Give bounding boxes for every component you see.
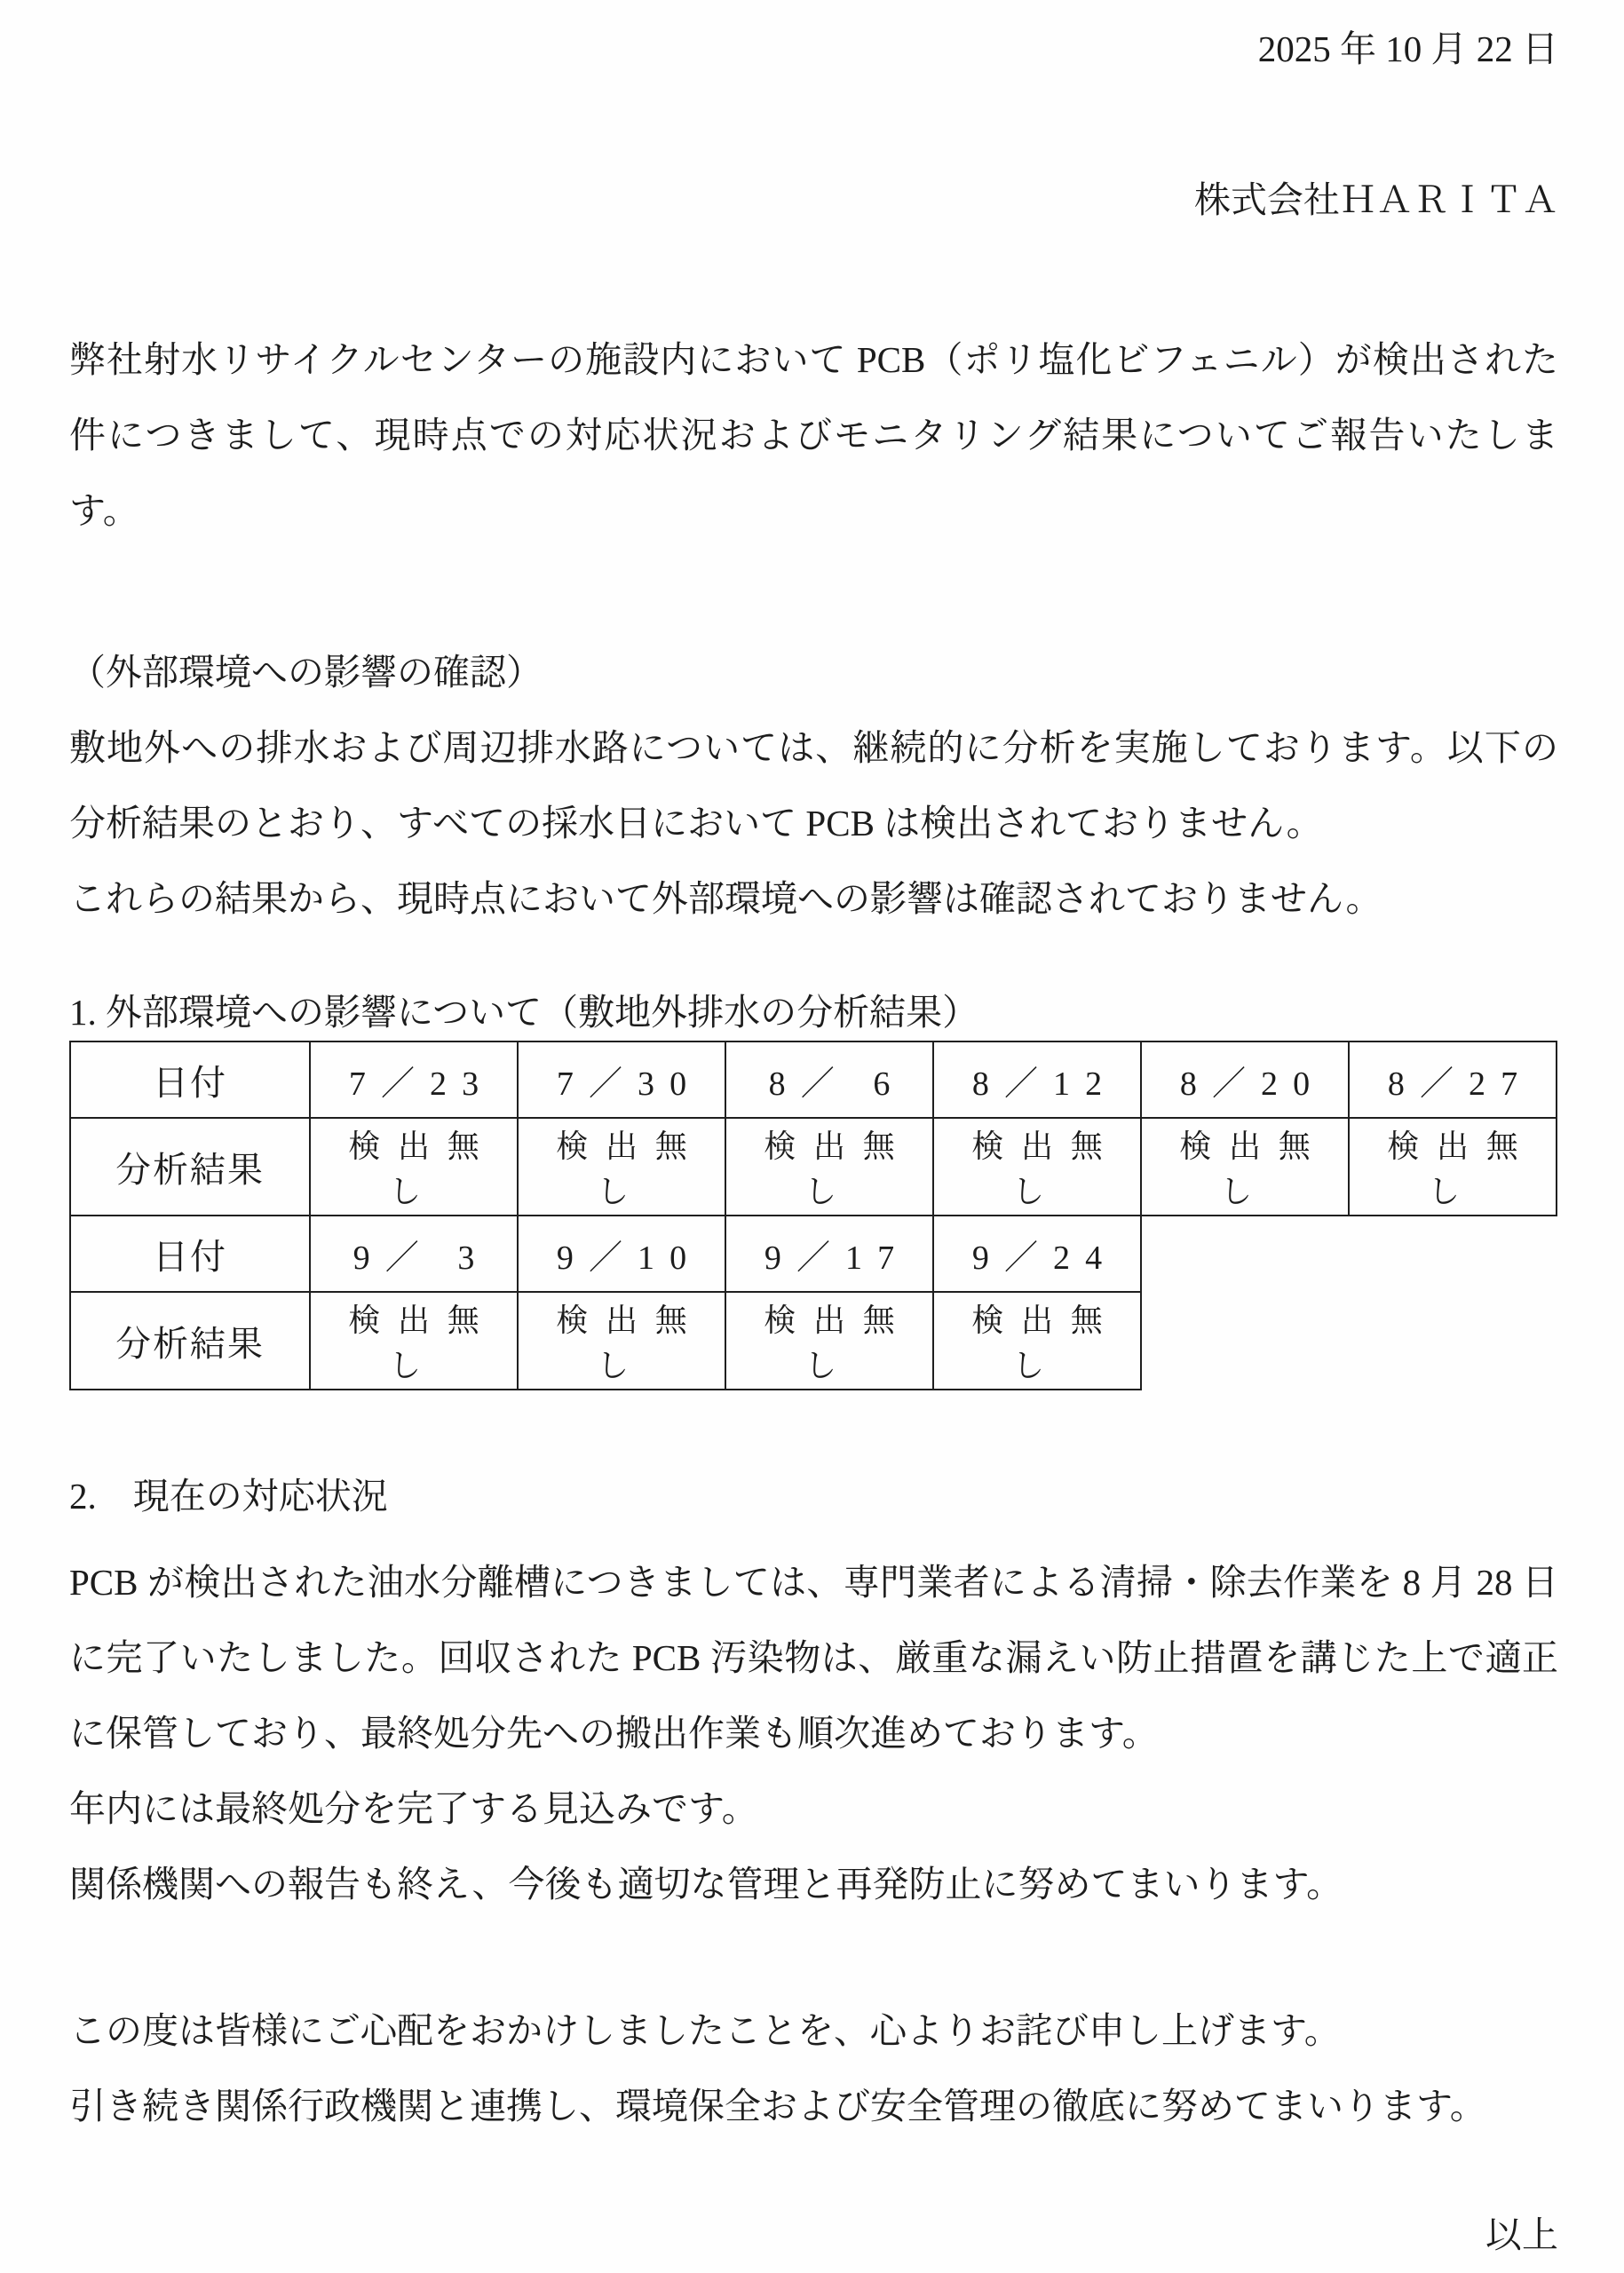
- table-row-dates-2: 日付 9／ 3 9／10 9／17 9／24: [70, 1216, 1557, 1292]
- company-name: 株式会社ＨＡＲＩＴＡ: [69, 162, 1558, 238]
- result-cell: 検出無し: [310, 1118, 518, 1216]
- intro-line: 弊社射水リサイクルセンターの施設内において PCB（ポリ塩化ビフェニル）が検出さ…: [69, 322, 1558, 398]
- intro-line: す。: [69, 473, 1558, 549]
- row-label-date: 日付: [70, 1041, 310, 1118]
- result-cell: 検出無し: [518, 1118, 725, 1216]
- env-check-subheading: （外部環境への影響の確認）: [69, 635, 1558, 710]
- section1-heading: 1. 外部環境への影響について（敷地外排水の分析結果）: [69, 986, 1558, 1039]
- table-row-results-2: 分析結果 検出無し 検出無し 検出無し 検出無し: [70, 1292, 1557, 1390]
- end-mark: 以上: [69, 2198, 1558, 2273]
- date-cell: 9／ 3: [310, 1216, 518, 1292]
- closing-line: この度は皆様にご心配をおかけしましたことを、心よりお詫び申し上げます。: [69, 1993, 1558, 2069]
- result-cell: 検出無し: [933, 1292, 1141, 1390]
- date-cell: 9／10: [518, 1216, 725, 1292]
- result-cell: 検出無し: [725, 1292, 933, 1390]
- result-cell: 検出無し: [310, 1292, 518, 1390]
- analysis-table: 日付 7／23 7／30 8／ 6 8／12 8／20 8／27 分析結果 検出…: [69, 1041, 1557, 1390]
- result-cell: 検出無し: [1141, 1118, 1349, 1216]
- result-cell: 検出無し: [1349, 1118, 1557, 1216]
- section2-line: 関係機関への報告も終え、今後も適切な管理と再発防止に努めてまいります。: [69, 1847, 1558, 1922]
- table-row-results-1: 分析結果 検出無し 検出無し 検出無し 検出無し 検出無し 検出無し: [70, 1118, 1557, 1216]
- table-row-dates-1: 日付 7／23 7／30 8／ 6 8／12 8／20 8／27: [70, 1041, 1557, 1118]
- document-date: 2025 年 10 月 22 日: [69, 12, 1558, 87]
- document-page: 2025 年 10 月 22 日 株式会社ＨＡＲＩＴＡ 弊社射水リサイクルセンタ…: [0, 0, 1624, 2273]
- date-cell: 9／17: [725, 1216, 933, 1292]
- section2-heading: 2. 現在の対応状況: [69, 1459, 1558, 1534]
- date-cell: 7／23: [310, 1041, 518, 1118]
- date-cell: 8／12: [933, 1041, 1141, 1118]
- result-cell: 検出無し: [518, 1292, 725, 1390]
- result-cell: 検出無し: [933, 1118, 1141, 1216]
- intro-paragraph: 弊社射水リサイクルセンターの施設内において PCB（ポリ塩化ビフェニル）が検出さ…: [69, 322, 1558, 549]
- empty-cell: [1141, 1292, 1349, 1390]
- date-cell: 7／30: [518, 1041, 725, 1118]
- row-label-result: 分析結果: [70, 1118, 310, 1216]
- date-cell: 8／ 6: [725, 1041, 933, 1118]
- intro-line: 件につきまして、現時点での対応状況およびモニタリング結果についてご報告いたしま: [69, 398, 1558, 473]
- section2-line: に保管しており、最終処分先への搬出作業も順次進めております。: [69, 1696, 1558, 1771]
- empty-cell: [1349, 1292, 1557, 1390]
- row-label-result: 分析結果: [70, 1292, 310, 1390]
- date-cell: 8／27: [1349, 1041, 1557, 1118]
- closing-paragraph: この度は皆様にご心配をおかけしましたことを、心よりお詫び申し上げます。 引き続き…: [69, 1993, 1558, 2144]
- date-cell: 8／20: [1141, 1041, 1349, 1118]
- closing-line: 引き続き関係行政機関と連携し、環境保全および安全管理の徹底に努めてまいります。: [69, 2069, 1558, 2144]
- section2-line: PCB が検出された油水分離槽につきましては、専門業者による清掃・除去作業を 8…: [69, 1545, 1558, 1620]
- row-label-date: 日付: [70, 1216, 310, 1292]
- empty-cell: [1141, 1216, 1349, 1292]
- analysis-table-wrap: 日付 7／23 7／30 8／ 6 8／12 8／20 8／27 分析結果 検出…: [69, 1041, 1558, 1390]
- section2-line: に完了いたしました。回収された PCB 汚染物は、厳重な漏えい防止措置を講じた上…: [69, 1620, 1558, 1696]
- date-cell: 9／24: [933, 1216, 1141, 1292]
- section2-paragraph: PCB が検出された油水分離槽につきましては、専門業者による清掃・除去作業を 8…: [69, 1545, 1558, 1922]
- section2-line: 年内には最終処分を完了する見込みです。: [69, 1771, 1558, 1847]
- empty-cell: [1349, 1216, 1557, 1292]
- env-check-line: 分析結果のとおり、すべての採水日において PCB は検出されておりません。: [69, 786, 1558, 861]
- env-check-line: これらの結果から、現時点において外部環境への影響は確認されておりません。: [69, 861, 1558, 937]
- env-check-section: （外部環境への影響の確認） 敷地外への排水および周辺排水路については、継続的に分…: [69, 635, 1558, 937]
- env-check-line: 敷地外への排水および周辺排水路については、継続的に分析を実施しております。以下の: [69, 710, 1558, 786]
- result-cell: 検出無し: [725, 1118, 933, 1216]
